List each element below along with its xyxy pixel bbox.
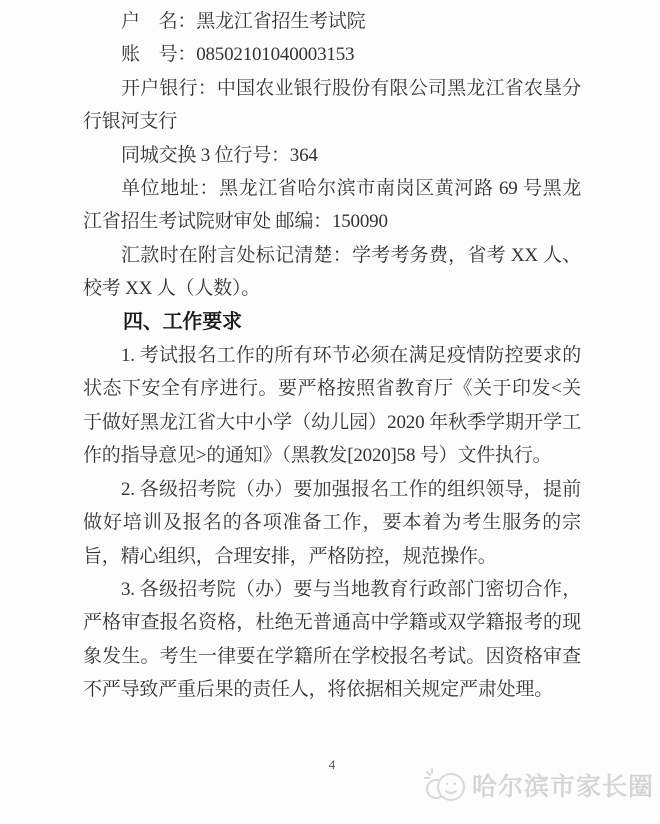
requirement-2: 2. 各级招考院（办）要加强报名工作的组织领导，提前做好培训及报名的各项准备工作… <box>83 473 581 573</box>
remittance-note-line: 汇款时在附言处标记清楚：学考考务费，省考 XX 人、校考 XX 人（人数）。 <box>83 239 581 306</box>
bank-line: 开户银行：中国农业银行股份有限公司黑龙江省农垦分行银河支行 <box>83 72 581 139</box>
smiley-faces-icon <box>423 766 467 804</box>
watermark: 哈尔滨市家长圈 <box>423 766 654 804</box>
account-name-line: 户 名：黑龙江省招生考试院 <box>83 5 581 38</box>
document-body: 户 名：黑龙江省招生考试院 账 号：08502101040003153 开户银行… <box>83 5 581 707</box>
account-number-line: 账 号：08502101040003153 <box>83 38 581 71</box>
requirement-1: 1. 考试报名工作的所有环节必须在满足疫情防控要求的状态下安全有序进行。要严格按… <box>83 339 581 473</box>
watermark-text: 哈尔滨市家长圈 <box>472 767 654 803</box>
document-page: 户 名：黑龙江省招生考试院 账 号：08502101040003153 开户银行… <box>0 0 660 824</box>
section-heading: 四、工作要求 <box>83 306 581 339</box>
exchange-code-line: 同城交换 3 位行号：364 <box>83 139 581 172</box>
requirement-3: 3. 各级招考院（办）要与当地教育行政部门密切合作，严格审查报名资格，杜绝无普通… <box>83 573 581 707</box>
address-line: 单位地址：黑龙江省哈尔滨市南岗区黄河路 69 号黑龙江省招生考试院财审处 邮编：… <box>83 172 581 239</box>
